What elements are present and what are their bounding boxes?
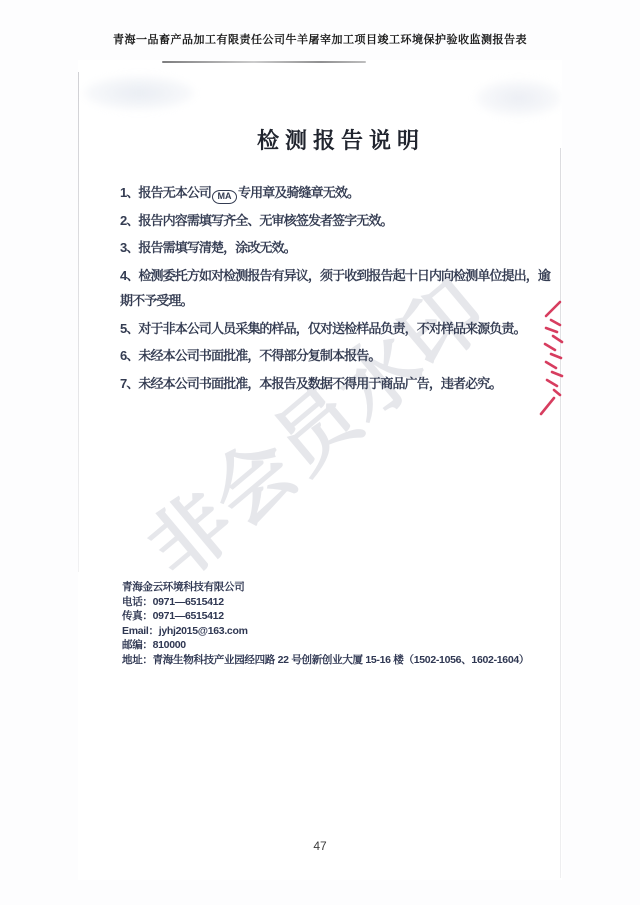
scan-top-edge-line: [162, 61, 366, 63]
contact-phone: 电话：0971—6515412: [122, 595, 552, 610]
note-item-1-post: 专用章及骑缝章无效。: [238, 185, 359, 200]
note-item-2: 2、报告内容需填写齐全、无审核签发者签字无效。: [120, 208, 550, 234]
note-item-7: 7、未经本公司书面批准，本报告及数据不得用于商品广告，违者必究。: [120, 371, 550, 397]
red-seal-stamp-fragment: [536, 297, 568, 419]
scan-smudge-top-left: [84, 76, 194, 110]
note-item-1-pre: 1、报告无本公司: [120, 185, 211, 200]
note-item-6: 6、未经本公司书面批准，不得部分复制本报告。: [120, 343, 550, 369]
contact-block: 青海金云环境科技有限公司 电话：0971—6515412 传真：0971—651…: [122, 580, 552, 667]
cma-certification-icon: MA: [212, 190, 237, 204]
notes-list: 1、报告无本公司MA专用章及骑缝章无效。 2、报告内容需填写齐全、无审核签发者签…: [120, 180, 550, 398]
note-item-5: 5、对于非本公司人员采集的样品，仅对送检样品负责，不对样品来源负责。: [120, 316, 550, 342]
scan-left-edge-line: [78, 72, 79, 572]
page-title: 检测报告说明: [99, 124, 562, 155]
scanned-page: 非会员水印 检测报告说明 1、报告无本公司MA专用章及骑缝章无效。 2、报告内容…: [78, 60, 562, 880]
note-item-1: 1、报告无本公司MA专用章及骑缝章无效。: [120, 180, 550, 206]
contact-company: 青海金云环境科技有限公司: [122, 580, 552, 595]
contact-address: 地址：青海生物科技产业园经四路 22 号创新创业大厦 15-16 楼（1502-…: [122, 653, 552, 668]
contact-fax: 传真：0971—6515412: [122, 609, 552, 624]
document-header-title: 青海一品畜产品加工有限责任公司牛羊屠宰加工项目竣工环境保护验收监测报告表: [0, 31, 640, 47]
scan-right-edge-line: [560, 148, 561, 878]
note-item-4: 4、检测委托方如对检测报告有异议，须于收到报告起十日内向检测单位提出，逾期不予受…: [120, 263, 550, 314]
scan-smudge-top-right: [476, 80, 562, 116]
note-item-3: 3、报告需填写清楚，涂改无效。: [120, 235, 550, 261]
contact-email: Email：jyhj2015@163.com: [122, 624, 552, 639]
contact-postcode: 邮编：810000: [122, 638, 552, 653]
page-number: 47: [0, 839, 640, 853]
